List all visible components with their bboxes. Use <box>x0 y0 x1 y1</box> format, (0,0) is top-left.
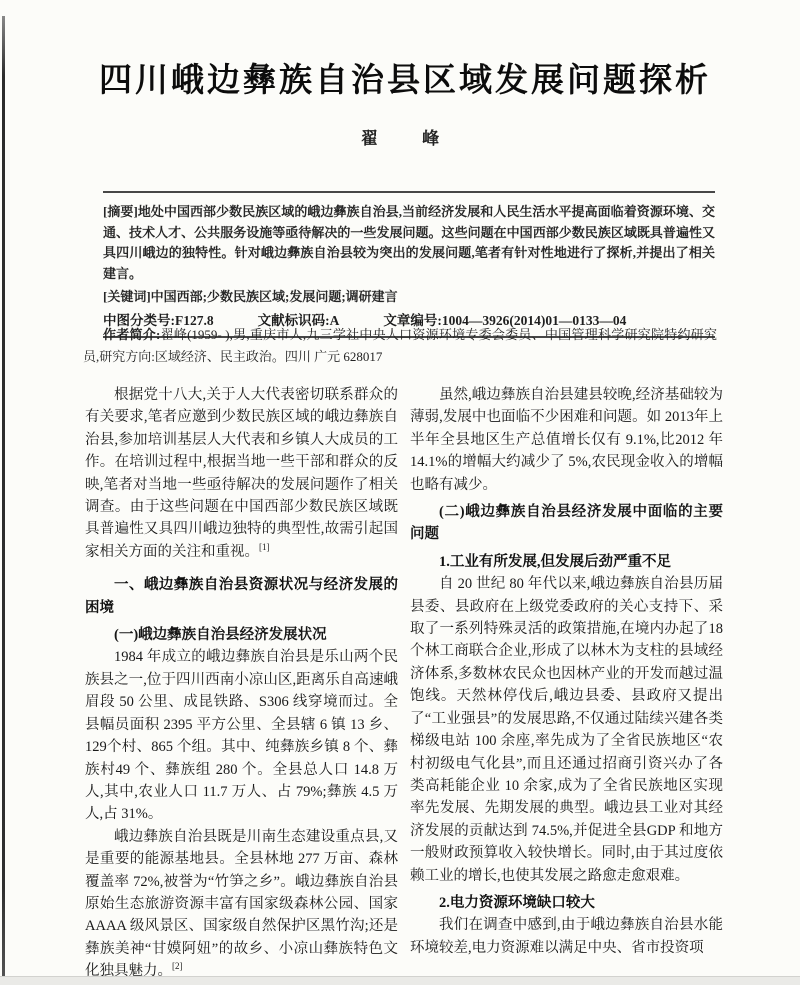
citation-ref: [2] <box>172 961 183 971</box>
body-column-left: 根据党十八大,关于人大代表密切联系群众的有关要求,笔者应邀到少数民族区域的峨边彝… <box>85 384 398 983</box>
body-paragraph: 我们在调查中感到,由于峨边彝族自治县水能环境较差,电力资源难以满足中央、省市投资… <box>410 914 723 959</box>
author-bio: 作者简介:翟峰(1959- ),男,重庆市人,九三学社中央人口资源环境专委会委员… <box>83 324 717 367</box>
citation-ref: [1] <box>259 542 270 552</box>
section-heading: 一、峨边彝族自治县资源状况与经济发展的困境 <box>85 574 398 619</box>
subsection-heading: (二)峨边彝族自治县经济发展中面临的主要问题 <box>410 501 723 546</box>
front-matter-block: [摘要]地处中国西部少数民族区域的峨边彝族自治县,当前经济发展和人民生活水平提高… <box>103 191 715 338</box>
body-paragraph: 峨边彝族自治县既是川南生态建设重点县,又是重要的能源基地县。全县林地 277 万… <box>85 826 398 983</box>
body-paragraph: 自 20 世纪 80 年代以来,峨边彝族自治县历届县委、县政府在上级党委政府的关… <box>410 573 723 887</box>
body-paragraph: 虽然,峨边彝族自治县建县较晚,经济基础较为薄弱,发展中也面临不少困难和问题。如 … <box>410 384 723 496</box>
paper-page: 四川峨边彝族自治县区域发展问题探析 翟 峰 [摘要]地处中国西部少数民族区域的峨… <box>0 0 800 985</box>
keywords-text: [关键词]中国西部;少数民族区域;发展问题;调研建言 <box>103 287 715 307</box>
abstract-text: [摘要]地处中国西部少数民族区域的峨边彝族自治县,当前经济发展和人民生活水平提高… <box>103 202 715 284</box>
numbered-heading: 2.电力资源环境缺口较大 <box>410 892 723 914</box>
author-bio-text: 翟峰(1959- ),男,重庆市人,九三学社中央人口资源环境专委会委员、中国管理… <box>83 327 717 364</box>
body-paragraph: 根据党十八大,关于人大代表密切联系群众的有关要求,笔者应邀到少数民族区域的峨边彝… <box>85 384 398 563</box>
body-column-right: 虽然,峨边彝族自治县建县较晚,经济基础较为薄弱,发展中也面临不少困难和问题。如 … <box>410 384 723 959</box>
body-paragraph: 1984 年成立的峨边彝族自治县是乐山两个民族县之一,位于四川西南小凉山区,距离… <box>85 646 398 825</box>
author-name: 翟 峰 <box>0 124 800 149</box>
subsection-heading: (一)峨边彝族自治县经济发展状况 <box>85 624 398 646</box>
author-bio-label: 作者简介: <box>103 327 160 342</box>
scan-left-edge-artifact <box>2 16 5 985</box>
scan-bottom-edge-artifact <box>0 976 800 985</box>
numbered-heading: 1.工业有所发展,但发展后劲严重不足 <box>410 551 723 573</box>
paper-title: 四川峨边彝族自治县区域发展问题探析 <box>40 54 770 101</box>
divider-top <box>103 191 715 193</box>
